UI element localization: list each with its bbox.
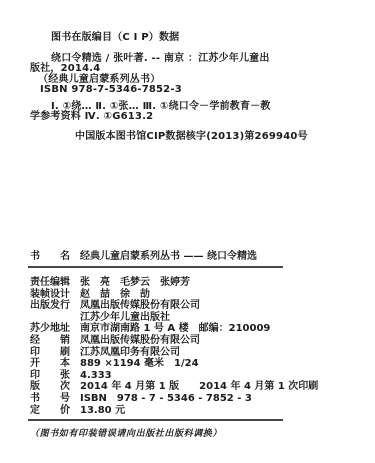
row-value: ISBN 978 - 7 - 5346 - 7852 - 3 xyxy=(80,393,252,405)
colophon-row-editor: 责任编辑 张 亮 毛梦云 张婷芳 xyxy=(30,277,350,289)
misprint-exchange-note: （图书如有印装错误请向出版社出版科调换） xyxy=(30,426,350,439)
colophon-rows: 责任编辑 张 亮 毛梦云 张婷芳 装帧设计 赵 喆 徐 劼 出版发行 凤凰出版传… xyxy=(30,277,350,416)
colophon-row-publisher-cont: 江苏少年儿童出版社 xyxy=(30,312,350,324)
colophon-row-publisher: 出版发行 凤凰出版传媒股份有限公司 xyxy=(30,300,350,312)
row-label: 书号 xyxy=(30,393,70,405)
colophon-block: 书名 经典儿童启蒙系列丛书 —— 绕口令精选 责任编辑 张 亮 毛梦云 张婷芳 … xyxy=(30,251,350,439)
row-value: 江苏凤凰印务有限公司 xyxy=(80,347,180,359)
colophon-row-price: 定价 13.80 元 xyxy=(30,405,350,417)
row-value: 凤凰出版传媒股份有限公司 xyxy=(80,335,200,347)
colophon-row-address: 苏少地址 南京市湖南路 1 号 A 楼 邮编：210009 xyxy=(30,323,350,335)
divider-top xyxy=(28,266,283,268)
cip-record-number: 中国版本图书馆CIP数据核字(2013)第269940号 xyxy=(75,132,345,143)
book-title-label: 书名 xyxy=(30,251,70,263)
row-value: 2014 年 4 月第 1 版 2014 年 4 月第 1 次印刷 xyxy=(80,381,318,393)
row-value: 13.80 元 xyxy=(80,405,125,417)
row-label: 苏少地址 xyxy=(30,323,70,335)
cip-isbn: ISBN 978-7-5346-7852-3 xyxy=(40,85,345,96)
row-value: 889 ×1194 毫米 1/24 xyxy=(80,358,199,370)
row-label: 责任编辑 xyxy=(30,277,70,289)
row-label: 定价 xyxy=(30,405,70,417)
divider-bottom xyxy=(28,419,283,421)
book-title-value: 经典儿童启蒙系列丛书 —— 绕口令精选 xyxy=(80,251,257,263)
book-copyright-page: 图书在版编目（C I P）数据 绕口令精选 / 张叶著. -- 南京 ：江苏少年… xyxy=(0,0,375,463)
row-label: 印张 xyxy=(30,370,70,382)
row-label xyxy=(30,312,70,324)
row-value: 张 亮 毛梦云 张婷芳 xyxy=(80,277,190,289)
row-value: 江苏少年儿童出版社 xyxy=(80,312,170,324)
row-label: 开本 xyxy=(30,358,70,370)
row-value: 4.333 xyxy=(80,370,112,382)
row-value: 凤凰出版传媒股份有限公司 xyxy=(80,300,200,312)
colophon-row-designer: 装帧设计 赵 喆 徐 劼 xyxy=(30,289,350,301)
cip-entry-line2: 版社，2014.4 xyxy=(30,64,345,75)
book-title-row: 书名 经典儿童启蒙系列丛书 —— 绕口令精选 xyxy=(30,251,350,263)
row-label: 装帧设计 xyxy=(30,289,70,301)
row-value: 南京市湖南路 1 号 A 楼 邮编：210009 xyxy=(80,323,270,335)
row-label: 经销 xyxy=(30,335,70,347)
colophon-row-sheets: 印张 4.333 xyxy=(30,370,350,382)
cip-data-block: 图书在版编目（C I P）数据 绕口令精选 / 张叶著. -- 南京 ：江苏少年… xyxy=(30,33,345,142)
row-value: 赵 喆 徐 劼 xyxy=(80,289,150,301)
row-label: 出版发行 xyxy=(30,300,70,312)
cip-classification-line2: 学参考资料 Ⅳ. ①G613.2 xyxy=(30,112,345,123)
row-label: 印刷 xyxy=(30,347,70,359)
colophon-row-format: 开本 889 ×1194 毫米 1/24 xyxy=(30,358,350,370)
cip-title: 图书在版编目（C I P）数据 xyxy=(51,33,345,44)
colophon-row-distributor: 经销 凤凰出版传媒股份有限公司 xyxy=(30,335,350,347)
colophon-row-isbn: 书号 ISBN 978 - 7 - 5346 - 7852 - 3 xyxy=(30,393,350,405)
colophon-row-edition: 版次 2014 年 4 月第 1 版 2014 年 4 月第 1 次印刷 xyxy=(30,381,350,393)
row-label: 版次 xyxy=(30,381,70,393)
colophon-row-printer: 印刷 江苏凤凰印务有限公司 xyxy=(30,347,350,359)
